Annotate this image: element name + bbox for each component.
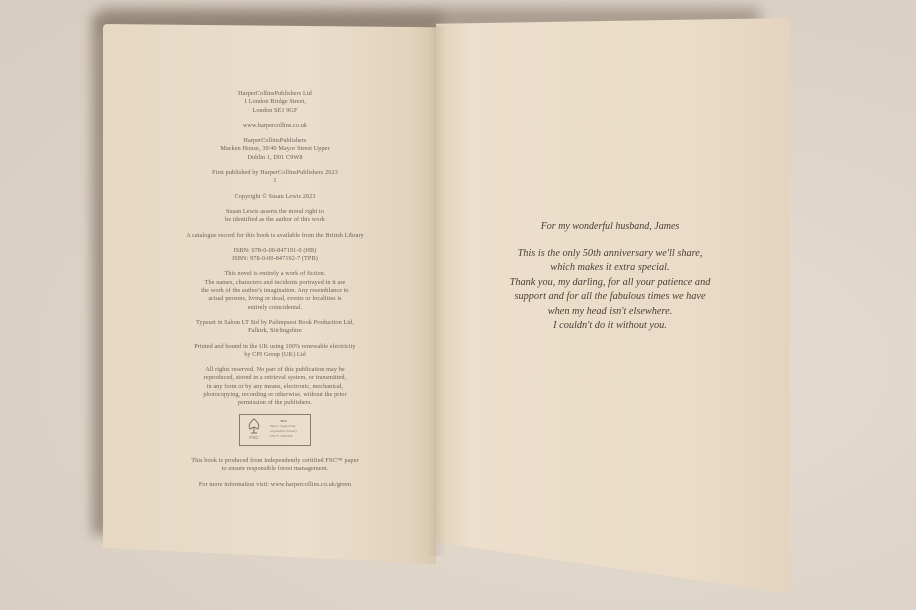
rights-reserved: All rights reserved. No part of this pub… (140, 366, 410, 407)
irish-line: Macken House, 39/40 Mayor Street Upper (140, 145, 410, 153)
typeset-line: Typeset in Sabon LT Std by Palimpsest Bo… (140, 319, 410, 327)
moral-rights-line: Susan Lewis asserts the moral right to (140, 208, 410, 216)
catalogue-text: A catalogue record for this book is avai… (140, 232, 410, 240)
copyright-line: Copyright © Susan Lewis 2023 (140, 193, 410, 201)
publisher-website: www.harpercollins.co.uk (140, 122, 410, 130)
book-gutter (428, 26, 446, 556)
fsc-line: responsible forestry (270, 429, 297, 434)
copyright-text: Copyright © Susan Lewis 2023 (140, 193, 410, 201)
fiction-line: actual persons, living or dead, events o… (140, 295, 410, 303)
publisher-address: HarperCollinsPublishers Ltd 1 London Bri… (140, 90, 410, 115)
dedication-line: support and for all the fabulous times w… (470, 290, 750, 305)
isbn-block: ISBN: 978-0-00-847191-0 (HB) ISBN: 978-0… (140, 247, 410, 264)
fsc-notice-line: to ensure responsible forest management. (140, 465, 410, 473)
fiction-line: entirely coincidental. (140, 304, 410, 312)
printed-line: by CPI Group (UK) Ltd (140, 351, 410, 359)
more-info-text: For more information visit: www.harperco… (140, 481, 410, 489)
rights-line: All rights reserved. No part of this pub… (140, 366, 410, 374)
irish-line: Dublin 1, D01 C9W8 (140, 154, 410, 162)
fiction-line: This novel is entirely a work of fiction… (140, 270, 410, 278)
dedication-line: which makes it extra special. (470, 261, 750, 276)
rights-line: photocopying, recording or otherwise, wi… (140, 391, 410, 399)
fsc-logo: FSC MIX Paper | Supporting responsible f… (239, 414, 311, 446)
rights-line: reproduced, stored in a retrieval system… (140, 374, 410, 382)
printed-notice: Printed and bound in the UK using 100% r… (140, 343, 410, 360)
typeset-line: Falkirk, Stirlingshire (140, 327, 410, 335)
catalogue-record: A catalogue record for this book is avai… (140, 232, 410, 240)
publisher-line: HarperCollinsPublishers Ltd (140, 90, 410, 98)
fiction-line: the work of the author's imagination. An… (140, 287, 410, 295)
moral-rights: Susan Lewis asserts the moral right to b… (140, 208, 410, 225)
first-published-line: First published by HarperCollinsPublishe… (140, 169, 410, 177)
dedication: For my wonderful husband, James This is … (470, 220, 750, 334)
fsc-text: MIX Paper | Supporting responsible fores… (270, 419, 297, 439)
irish-line: HarperCollinsPublishers (140, 137, 410, 145)
publisher-line: London SE1 9GF (140, 107, 410, 115)
printed-line: Printed and bound in the UK using 100% r… (140, 343, 410, 351)
fsc-notice: This book is produced from independently… (140, 457, 410, 474)
fiction-line: The names, characters and incidents port… (140, 279, 410, 287)
isbn-tpb: ISBN: 978-0-00-847192-7 (TPB) (140, 255, 410, 263)
dedication-line: Thank you, my darling, for all your pati… (470, 276, 750, 291)
print-number: 1 (140, 177, 410, 185)
more-info: For more information visit: www.harperco… (140, 481, 410, 489)
first-published: First published by HarperCollinsPublishe… (140, 169, 410, 186)
fsc-code: FSC™ C007454 (270, 434, 297, 439)
dedication-title: For my wonderful husband, James (470, 220, 750, 235)
fsc-tree-icon: FSC (246, 418, 262, 440)
irish-address: HarperCollinsPublishers Macken House, 39… (140, 137, 410, 162)
publisher-line: 1 London Bridge Street, (140, 98, 410, 106)
moral-rights-line: be identified as the author of this work (140, 216, 410, 224)
rights-line: permission of the publishers. (140, 399, 410, 407)
dedication-line: when my head isn't elsewhere. (470, 305, 750, 320)
rights-line: in any form or by any means, electronic,… (140, 383, 410, 391)
isbn-hb: ISBN: 978-0-00-847191-0 (HB) (140, 247, 410, 255)
website-text: www.harpercollins.co.uk (140, 122, 410, 130)
fsc-line: Paper | Supporting (270, 424, 297, 429)
svg-text:FSC: FSC (249, 435, 259, 440)
fsc-notice-line: This book is produced from independently… (140, 457, 410, 465)
dedication-line: This is the only 50th anniversary we'll … (470, 247, 750, 262)
typeset-notice: Typeset in Sabon LT Std by Palimpsest Bo… (140, 319, 410, 336)
fiction-notice: This novel is entirely a work of fiction… (140, 270, 410, 311)
dedication-message: This is the only 50th anniversary we'll … (470, 247, 750, 334)
copyright-imprint: HarperCollinsPublishers Ltd 1 London Bri… (140, 90, 410, 496)
dedication-line: I couldn't do it without you. (470, 319, 750, 334)
